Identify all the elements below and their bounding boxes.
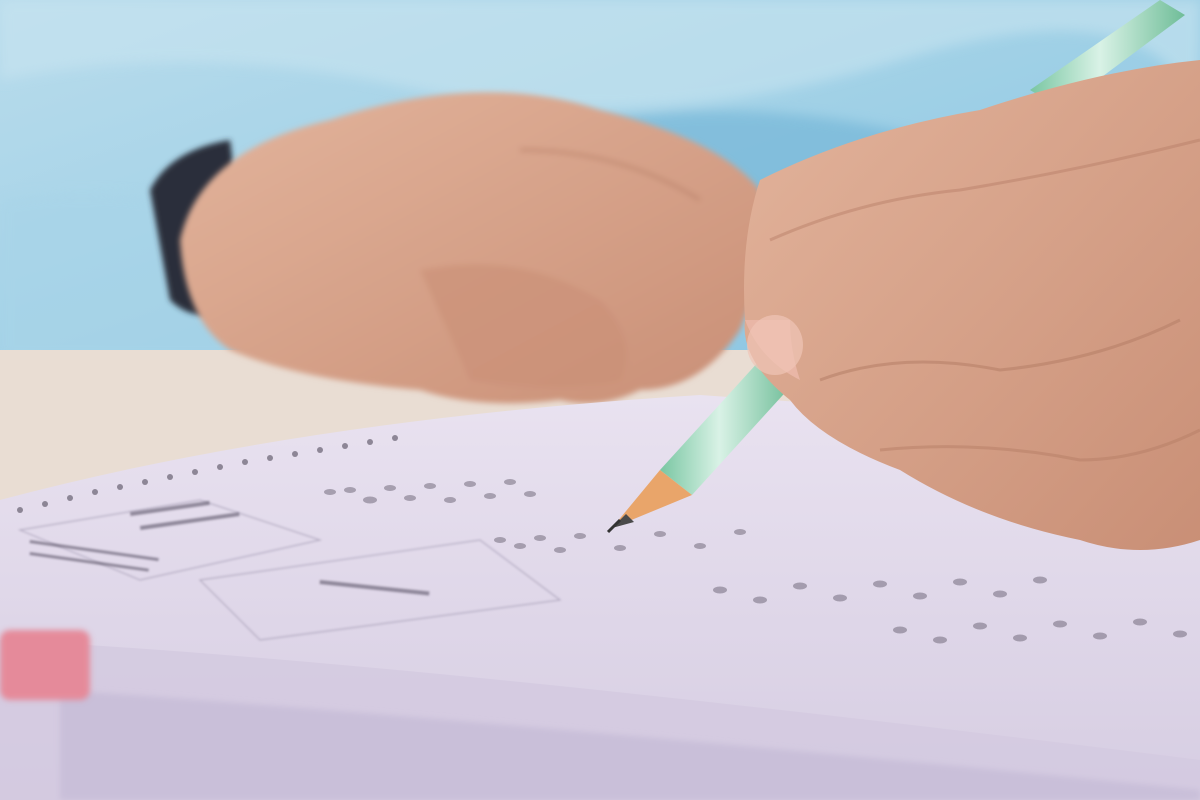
- photo-scene: Student marking answers on an OMR sheet: [0, 0, 1200, 800]
- pink-clip: [0, 630, 90, 700]
- photo-illustration: [0, 0, 1200, 800]
